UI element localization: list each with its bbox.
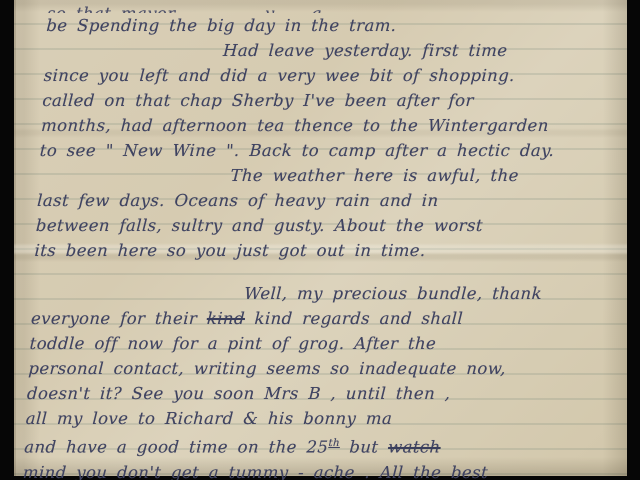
handwritten-line: months, had afternoon tea thence to the … — [40, 113, 621, 138]
text-segment: its been here so you just got out in tim… — [34, 241, 426, 260]
handwritten-line: to see " New Wine ". Back to camp after … — [39, 138, 620, 163]
text-segment: months, had afternoon tea thence to the … — [41, 116, 550, 135]
text-segment: between falls, sultry and gusty. About t… — [35, 216, 483, 235]
handwritten-line: be Spending the big day in the tram. — [46, 13, 627, 38]
text-segment: since you left and did a very wee bit of… — [43, 66, 515, 85]
handwritten-line: toddle off now for a pint of grog. After… — [29, 331, 610, 356]
text-segment: and have a good time on the 25 — [24, 438, 329, 457]
handwritten-line: between falls, sultry and gusty. About t… — [35, 213, 616, 238]
text-segment: kind regards and shall — [244, 309, 463, 328]
handwritten-line: its been here so you just got out in tim… — [34, 238, 615, 263]
handwritten-line: personal contact, writing seems so inade… — [28, 356, 609, 381]
handwritten-line: and have a good time on the 25th but wat… — [24, 431, 605, 460]
struck-out-word: kind — [206, 309, 245, 328]
text-segment: Had leave yesterday. first time — [223, 41, 508, 60]
scanned-letter-photo: so that mayor … … … y … gbe Spending the… — [0, 0, 640, 480]
text-segment: so that mayor … … … y … g — [47, 1, 322, 13]
handwritten-line: Well, my precious bundle, thank — [32, 281, 613, 306]
handwritten-line: all my love to Richard & his bonny ma — [25, 406, 606, 431]
text-segment: called on that chap Sherby I've been aft… — [42, 91, 474, 110]
letter-paper: so that mayor … … … y … gbe Spending the… — [14, 0, 627, 476]
handwritten-line: mind you don't get a tummy - ache . All … — [22, 460, 603, 480]
text-segment: all my love to Richard & his bonny ma — [25, 409, 392, 428]
handwritten-line: everyone for their kind kind regards and… — [30, 306, 611, 331]
text-segment: personal contact, writing seems so inade… — [28, 359, 507, 378]
letter-body: so that mayor … … … y … gbe Spending the… — [22, 1, 627, 480]
handwritten-line: last few days. Oceans of heavy rain and … — [37, 188, 618, 213]
text-segment: to see " New Wine ". Back to camp after … — [39, 141, 554, 160]
text-segment: doesn't it? See you soon Mrs B , until t… — [27, 384, 451, 403]
text-segment: be Spending the big day in the tram. — [46, 16, 397, 35]
handwritten-line: doesn't it? See you soon Mrs B , until t… — [26, 381, 607, 406]
handwritten-line: The weather here is awful, the — [38, 163, 619, 188]
text-segment: Well, my precious bundle, thank — [244, 284, 543, 303]
struck-out-word: watch — [388, 438, 441, 457]
handwritten-line: since you left and did a very wee bit of… — [43, 63, 624, 88]
handwritten-line-cutoff: so that mayor … … … y … g — [47, 1, 628, 13]
text-segment: mind you don't get a tummy - ache . All … — [22, 463, 488, 480]
text-segment: toddle off now for a pint of grog. After… — [29, 334, 436, 353]
text-segment: everyone for their — [31, 309, 208, 328]
text-segment: but — [339, 438, 388, 457]
handwritten-line: Had leave yesterday. first time — [44, 38, 625, 63]
handwritten-line: called on that chap Sherby I've been aft… — [42, 88, 623, 113]
superscript-ordinal: th — [328, 438, 340, 449]
text-segment: last few days. Oceans of heavy rain and … — [37, 191, 439, 210]
text-segment: The weather here is awful, the — [230, 166, 519, 185]
